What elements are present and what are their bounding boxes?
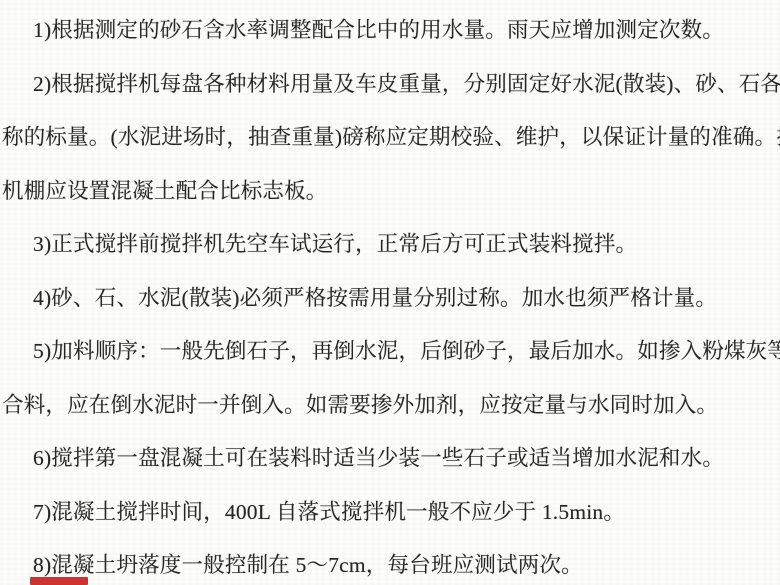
text-line: 机棚应设置混凝土配合比标志板。 bbox=[0, 165, 780, 219]
text-line: 2)根据搅拌机每盘各种材料用量及车皮重量，分别固定好水泥(散装)、砂、石各个磅 bbox=[0, 58, 780, 112]
text-line: 8)混凝土坍落度一般控制在 5～7cm，每台班应测试两次。 bbox=[0, 539, 780, 585]
text-line: 1)根据测定的砂石含水率调整配合比中的用水量。雨天应增加测定次数。 bbox=[0, 4, 780, 58]
text-line: 7)混凝土搅拌时间，400L 自落式搅拌机一般不应少于 1.5min。 bbox=[0, 486, 780, 540]
text-line: 4)砂、石、水泥(散装)必须严格按需用量分别过称。加水也须严格计量。 bbox=[0, 272, 780, 326]
text-line: 3)正式搅拌前搅拌机先空车试运行，正常后方可正式装料搅拌。 bbox=[0, 218, 780, 272]
red-marker bbox=[30, 577, 88, 585]
text-line: 6)搅拌第一盘混凝土可在装料时适当少装一些石子或适当增加水泥和水。 bbox=[0, 432, 780, 486]
text-line: 称的标量。(水泥进场时，抽查重量)磅称应定期校验、维护，以保证计量的准确。搅拌 bbox=[0, 111, 780, 165]
text-line: 合料，应在倒水泥时一并倒入。如需要掺外加剂，应按定量与水同时加入。 bbox=[0, 379, 780, 433]
document-page: 1)根据测定的砂石含水率调整配合比中的用水量。雨天应增加测定次数。 2)根据搅拌… bbox=[0, 4, 780, 585]
text-line: 5)加料顺序：一般先倒石子，再倒水泥，后倒砂子，最后加水。如掺入粉煤灰等掺 bbox=[0, 325, 780, 379]
